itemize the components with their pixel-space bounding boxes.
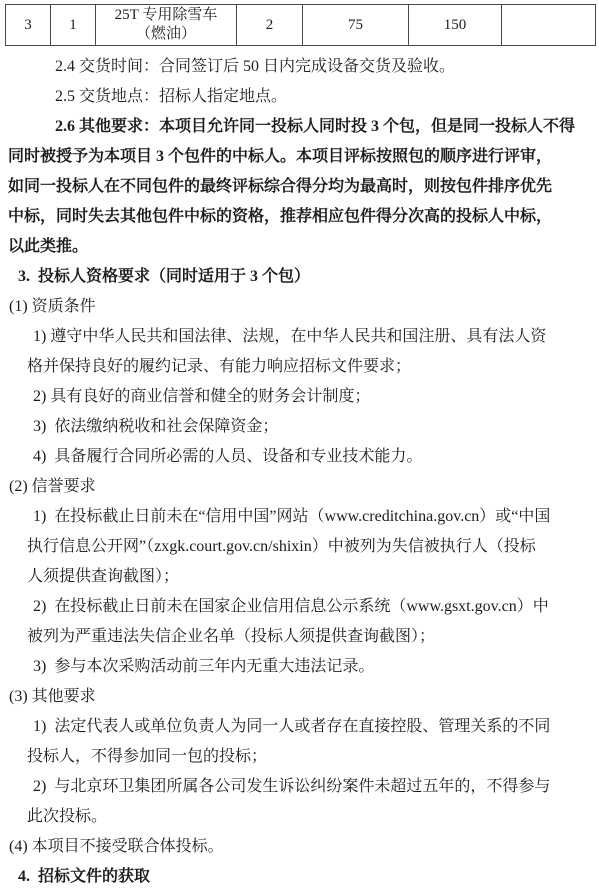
doc-line: (2) 信誉要求 [0, 472, 599, 502]
doc-line: 3) 参与本次采购活动前三年内无重大违法记录。 [0, 652, 599, 682]
doc-line: (1) 资质条件 [0, 292, 599, 322]
doc-line: 投标人，不得参加同一包的投标； [0, 742, 599, 772]
doc-line: 此次投标。 [0, 802, 599, 832]
table-cell: 25T 专用除雪车 （燃油） [96, 5, 237, 46]
doc-line: 2) 在投标截止日前未在国家企业信用信息公示系统（www.gsxt.gov.cn… [0, 592, 599, 622]
doc-line: 人须提供查询截图）； [0, 562, 599, 592]
table-cell: 3 [6, 5, 51, 46]
table-row: 3125T 专用除雪车 （燃油）275150 [6, 5, 596, 46]
doc-line: 1) 在投标截止日前未在“信用中国”网站（www.creditchina.gov… [0, 502, 599, 532]
equipment-table-body: 3125T 专用除雪车 （燃油）275150 [6, 5, 596, 46]
doc-line: 1) 遵守中华人民共和国法律、法规，在中华人民共和国注册、具有法人资 [0, 322, 599, 352]
doc-line: 2.6 其他要求：本项目允许同一投标人同时投 3 个包，但是同一投标人不得 [0, 112, 599, 142]
document-body: 2.4 交货时间：合同签订后 50 日内完成设备交货及验收。2.5 交货地点：招… [0, 52, 599, 892]
doc-line: 4) 具备履行合同所必需的人员、设备和专业技术能力。 [0, 442, 599, 472]
doc-line: 2) 具有良好的商业信誉和健全的财务会计制度； [0, 382, 599, 412]
doc-line: 中标，同时失去其他包件中标的资格，推荐相应包件得分次高的投标人中标， [0, 202, 599, 232]
table-cell: 150 [409, 5, 502, 46]
doc-line: 1) 法定代表人或单位负责人为同一人或者存在直接控股、管理关系的不同 [0, 712, 599, 742]
equipment-table: 3125T 专用除雪车 （燃油）275150 [5, 4, 596, 46]
doc-line: (4) 本项目不接受联合体投标。 [0, 832, 599, 862]
section-heading: 4. 招标文件的获取 [0, 862, 599, 892]
doc-line: 2.4 交货时间：合同签订后 50 日内完成设备交货及验收。 [0, 52, 599, 82]
table-cell [502, 5, 596, 46]
doc-line: 以此类推。 [0, 232, 599, 262]
table-cell: 75 [303, 5, 409, 46]
section-heading: 3. 投标人资格要求（同时适用于 3 个包） [0, 262, 599, 292]
doc-line: 同时被授予为本项目 3 个包件的中标人。本项目评标按照包的顺序进行评审， [0, 142, 599, 172]
table-cell: 1 [51, 5, 96, 46]
document-page: 3125T 专用除雪车 （燃油）275150 2.4 交货时间：合同签订后 50… [0, 0, 599, 892]
table-cell: 2 [237, 5, 303, 46]
doc-line: 3) 依法缴纳税收和社会保障资金； [0, 412, 599, 442]
doc-line: (3) 其他要求 [0, 682, 599, 712]
doc-line: 被列为严重违法失信企业名单（投标人须提供查询截图）； [0, 622, 599, 652]
doc-line: 执行信息公开网”（zxgk.court.gov.cn/shixin）中被列为失信… [0, 532, 599, 562]
doc-line: 格并保持良好的履约记录、有能力响应招标文件要求； [0, 352, 599, 382]
doc-line: 如同一投标人在不同包件的最终评标综合得分均为最高时，则按包件排序优先 [0, 172, 599, 202]
doc-line: 2) 与北京环卫集团所属各公司发生诉讼纠纷案件未超过五年的，不得参与 [0, 772, 599, 802]
doc-line: 2.5 交货地点：招标人指定地点。 [0, 82, 599, 112]
